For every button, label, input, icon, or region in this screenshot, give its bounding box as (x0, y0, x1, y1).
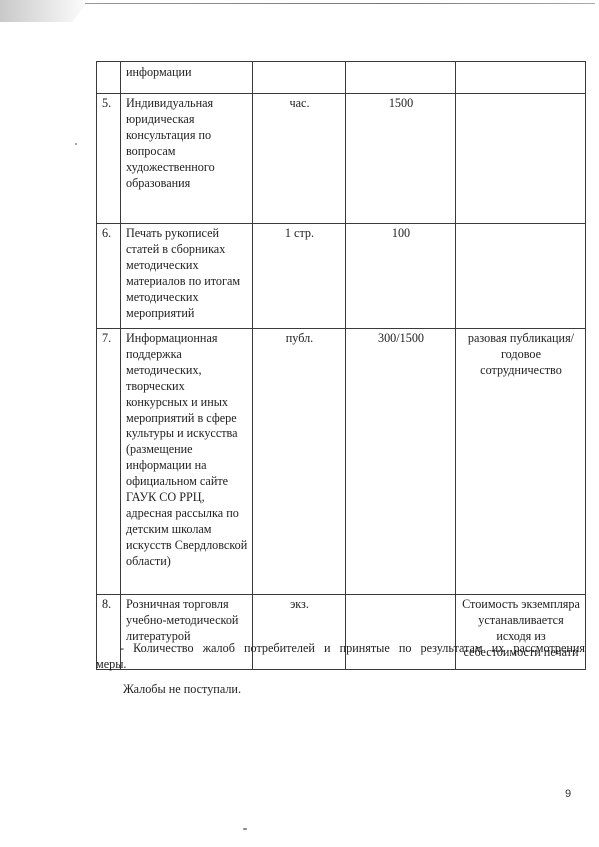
price: 300/1500 (346, 329, 456, 595)
services-price-table: информации 5. Индивидуальная юридическая… (96, 61, 586, 670)
complaints-text: Жалобы не поступали. (96, 681, 585, 697)
scan-top-edge (85, 3, 595, 4)
table-row: информации (97, 62, 586, 94)
page-number: 9 (565, 788, 571, 800)
row-number (97, 62, 121, 94)
price: 100 (346, 224, 456, 329)
unit-of-measure: час. (253, 94, 346, 224)
complaints-section: - Количество жалоб потребителей и принят… (96, 640, 585, 697)
unit-of-measure: 1 стр. (253, 224, 346, 329)
service-name: Индивидуальная юридическая консультация … (121, 94, 253, 224)
row-number: 5. (97, 94, 121, 224)
table-row: 6. Печать рукописей статей в сборниках м… (97, 224, 586, 329)
unit-of-measure: публ. (253, 329, 346, 595)
note: разовая публикация/годовое сотрудничеств… (456, 329, 586, 595)
table-row: 7. Информационная поддержка методических… (97, 329, 586, 595)
row-number: 7. (97, 329, 121, 595)
complaints-heading: - Количество жалоб потребителей и принят… (96, 640, 585, 672)
note (456, 62, 586, 94)
note (456, 224, 586, 329)
scan-speck (75, 143, 77, 145)
service-name: Печать рукописей статей в сборниках мето… (121, 224, 253, 329)
service-name: информации (121, 62, 253, 94)
price: 1500 (346, 94, 456, 224)
scan-edge-shadow (0, 0, 90, 22)
row-number: 6. (97, 224, 121, 329)
table-row: 5. Индивидуальная юридическая консультац… (97, 94, 586, 224)
price (346, 62, 456, 94)
unit-of-measure (253, 62, 346, 94)
note (456, 94, 586, 224)
service-name: Информационная поддержка методических, т… (121, 329, 253, 595)
scan-speck (243, 828, 247, 830)
